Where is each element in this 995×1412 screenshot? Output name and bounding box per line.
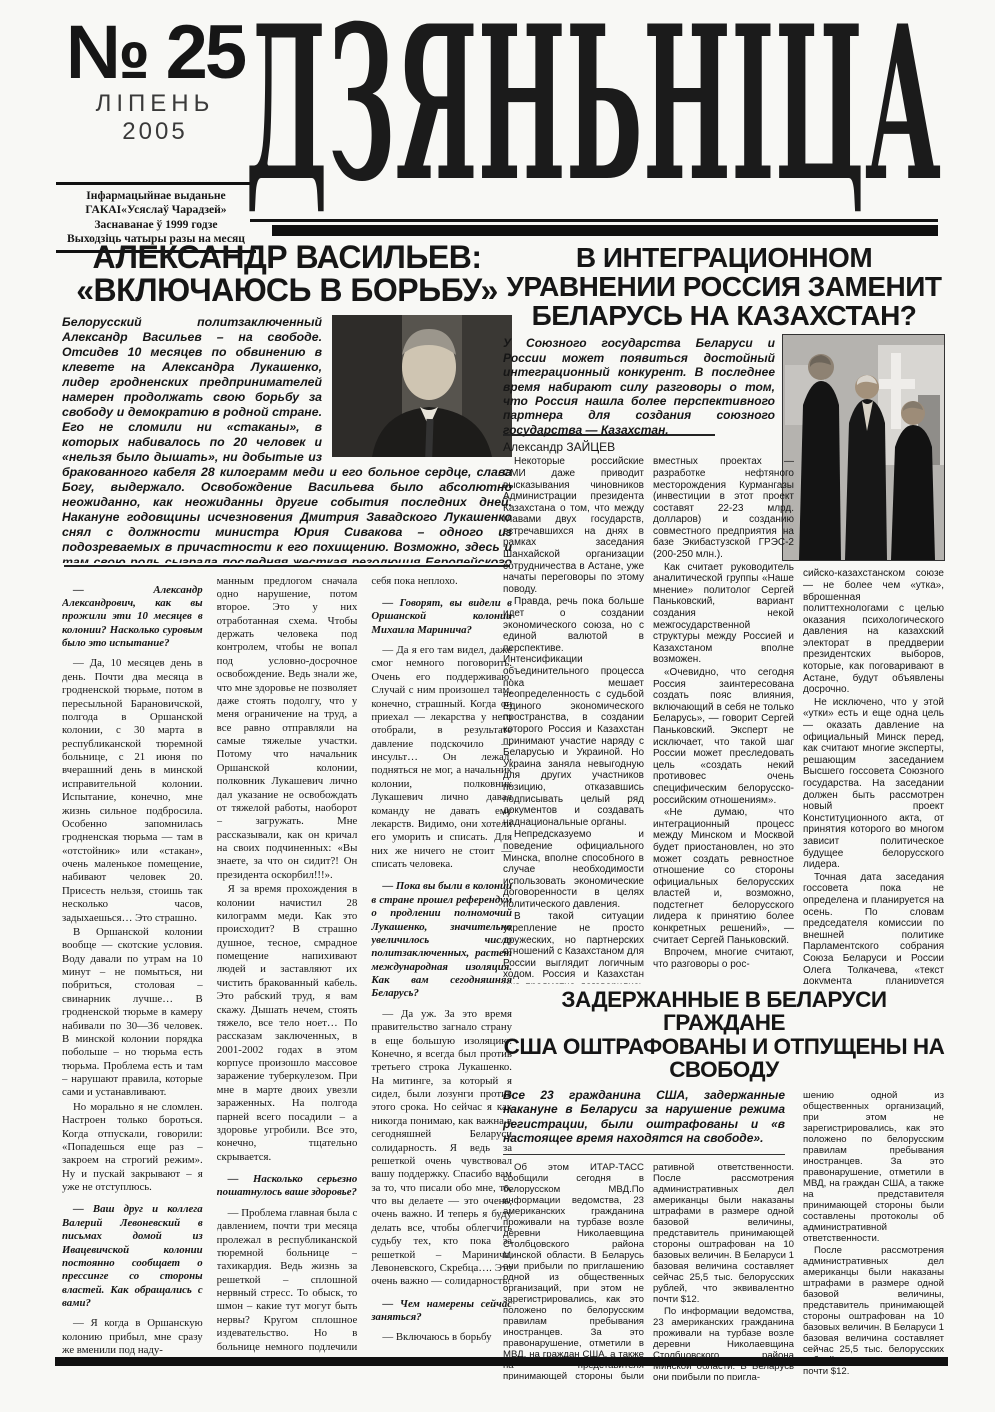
- column-2: манным предлогом сначала одно нарушение,…: [217, 575, 358, 1359]
- headline-line: БЕЛАРУСЬ НА КАЗАХСТАН?: [503, 301, 945, 330]
- lead-divider: [64, 565, 510, 567]
- body-paragraph: — Я когда в Оршанскую колонию прибыл, мн…: [62, 1317, 203, 1357]
- interview-question: — Насколько серьезно пошатнулось ваше зд…: [217, 1173, 358, 1200]
- headline-line: «ВКЛЮЧАЮСЬ В БОРЬБУ»: [62, 274, 512, 307]
- issue-year: 2005: [56, 118, 254, 146]
- newspaper-title: ДЗЯНЬНІЦА: [243, 8, 943, 216]
- article-headline: АЛЕКСАНДР ВАСИЛЬЕВ: «ВКЛЮЧАЮСЬ В БОРЬБУ»: [62, 241, 512, 308]
- article-vasilyev-interview: АЛЕКСАНДР ВАСИЛЬЕВ: «ВКЛЮЧАЮСЬ В БОРЬБУ»…: [62, 241, 512, 1359]
- column-1: — Александр Александрович, как вы прожил…: [62, 575, 203, 1359]
- body-paragraph: манным предлогом сначала одно нарушение,…: [217, 575, 358, 883]
- column-3: сийско-казахстанском союзе — не более че…: [803, 568, 944, 984]
- vasilyev-photo: [332, 315, 512, 457]
- info-line: Інфармацыйнае выданьне: [56, 189, 256, 203]
- body-paragraph: «Не думаю, что интеграционный процесс ме…: [653, 807, 794, 946]
- byline: Александр ЗАЙЦЕВ: [503, 440, 615, 454]
- info-line: ГАКАІ«Усяслаў Чарадзей»: [56, 203, 256, 217]
- leaders-photo: [782, 334, 945, 561]
- headline-line: АЛЕКСАНДР ВАСИЛЬЕВ:: [62, 241, 512, 274]
- article-body: У Союзного государства Беларуси и России…: [503, 334, 945, 1074]
- masthead-divider-thick: [272, 225, 938, 236]
- interview-question: — Александр Александрович, как вы прожил…: [62, 584, 203, 651]
- lead-divider: [503, 434, 715, 436]
- page-bottom-rule: [55, 1357, 948, 1366]
- body-paragraph: По информации ведомства, 23 американских…: [653, 1306, 794, 1380]
- body-paragraph: Но морально я не сломлен. Настроен тольк…: [62, 1101, 203, 1195]
- column-3: себя пока неплохо.— Говорят, вы видели в…: [371, 575, 512, 1359]
- body-paragraph: Об этом ИТАР-ТАСС сообщили сегодня в бел…: [503, 1162, 644, 1380]
- info-line: Заснаванае ў 1999 годзе: [56, 218, 256, 232]
- column-2: ративной ответственности. После рассмотр…: [653, 1162, 794, 1380]
- body-paragraph: Впрочем, многие считают, что разговоры о…: [653, 947, 794, 970]
- body-paragraph: — Да, 10 месяцев день в день. Почти два …: [62, 657, 203, 925]
- column-1: Об этом ИТАР-ТАСС сообщили сегодня в бел…: [503, 1162, 644, 1380]
- interview-question: — Пока вы были в колонии в стране прошел…: [371, 880, 512, 1000]
- body-paragraph: вместных проектах — разработке нефтяного…: [653, 456, 794, 560]
- interview-columns: — Александр Александрович, как вы прожил…: [62, 575, 512, 1359]
- body-paragraph: — Да я его там видел, даже смог немного …: [371, 644, 512, 871]
- body-paragraph: себя пока неплохо.: [371, 575, 512, 588]
- body-paragraph: сийско-казахстанском союзе — не более че…: [803, 568, 944, 696]
- masthead-issue-block: № 25 ЛІПЕНЬ 2005: [56, 18, 254, 146]
- headline-line: США ОШТРАФОВАНЫ И ОТПУЩЕНЫ НА: [503, 1035, 945, 1058]
- article-headline: В ИНТЕГРАЦИОННОМ УРАВНЕНИИ РОССИЯ ЗАМЕНИ…: [503, 243, 945, 330]
- body-paragraph: В такой ситуации укрепление не просто др…: [503, 911, 644, 984]
- body-paragraph: Некоторые российские СМИ даже приводит в…: [503, 456, 644, 595]
- newspaper-page: № 25 ЛІПЕНЬ 2005 Інфармацыйнае выданьне …: [0, 0, 995, 1412]
- body-paragraph: Не исключено, что у этой «утки» есть и е…: [803, 697, 944, 871]
- column-3: шению одной из общественных организаций,…: [803, 1090, 944, 1380]
- headline-line: ЗАДЕРЖАННЫЕ В БЕЛАРУСИ ГРАЖДАНЕ: [503, 988, 945, 1035]
- interview-question: — Ваш друг и коллега Валерий Левоневский…: [62, 1203, 203, 1310]
- issue-number: № 25: [56, 18, 254, 88]
- body-paragraph: — Проблема главная была с давлением, поч…: [217, 1207, 358, 1359]
- body-paragraph: — Включаюсь в борьбу: [371, 1331, 512, 1344]
- interview-question: — Говорят, вы видели в Оршанской колонии…: [371, 597, 512, 637]
- newspaper-title-text: ДЗЯНЬНІЦА: [245, 8, 941, 216]
- article-body: Все 23 гражданина США, задержанные накан…: [503, 1084, 945, 1384]
- body-paragraph: Непредсказуемо и поведение официального …: [503, 829, 644, 910]
- article-integration-kazakhstan: В ИНТЕГРАЦИОННОМ УРАВНЕНИИ РОССИЯ ЗАМЕНИ…: [503, 243, 945, 1074]
- headline-line: СВОБОДУ: [503, 1058, 945, 1081]
- article-us-citizens-fined: ЗАДЕРЖАННЫЕ В БЕЛАРУСИ ГРАЖДАНЕ США ОШТР…: [503, 988, 945, 1384]
- body-paragraph: «Очевидно, что сегодня Россия заинтересо…: [653, 667, 794, 806]
- body-paragraph: Как считает руководитель аналитической г…: [653, 562, 794, 666]
- body-paragraph: — Да уж. За это время правительство загн…: [371, 1008, 512, 1289]
- body-paragraph: В Оршанской колонии вообще — скотские ус…: [62, 926, 203, 1100]
- headline-line: УРАВНЕНИИ РОССИЯ ЗАМЕНИТ: [503, 272, 945, 301]
- body-paragraph: Я за время прохождения в колонии начисти…: [217, 883, 358, 1164]
- body-paragraph: Точная дата заседания госсовета пока не …: [803, 872, 944, 985]
- article-lead: Белорусский политзаключенный Александр В…: [62, 315, 512, 563]
- body-paragraph: Правда, речь пока больше идет о создании…: [503, 596, 644, 828]
- headline-line: В ИНТЕГРАЦИОННОМ: [503, 243, 945, 272]
- body-paragraph: ративной ответственности. После рассмотр…: [653, 1162, 794, 1305]
- body-paragraph: шению одной из общественных организаций,…: [803, 1090, 944, 1244]
- article-lead: У Союзного государства Беларуси и России…: [503, 336, 775, 437]
- column-1: Некоторые российские СМИ даже приводит в…: [503, 456, 644, 984]
- lead-divider: [503, 1154, 785, 1156]
- masthead-divider-thin: [250, 219, 938, 222]
- interview-question: — Чем намерены сейчас заняться?: [371, 1298, 512, 1325]
- article-lead: Все 23 гражданина США, задержанные накан…: [503, 1088, 785, 1147]
- article-headline: ЗАДЕРЖАННЫЕ В БЕЛАРУСИ ГРАЖДАНЕ США ОШТР…: [503, 988, 945, 1082]
- column-2: вместных проектах — разработке нефтяного…: [653, 456, 794, 984]
